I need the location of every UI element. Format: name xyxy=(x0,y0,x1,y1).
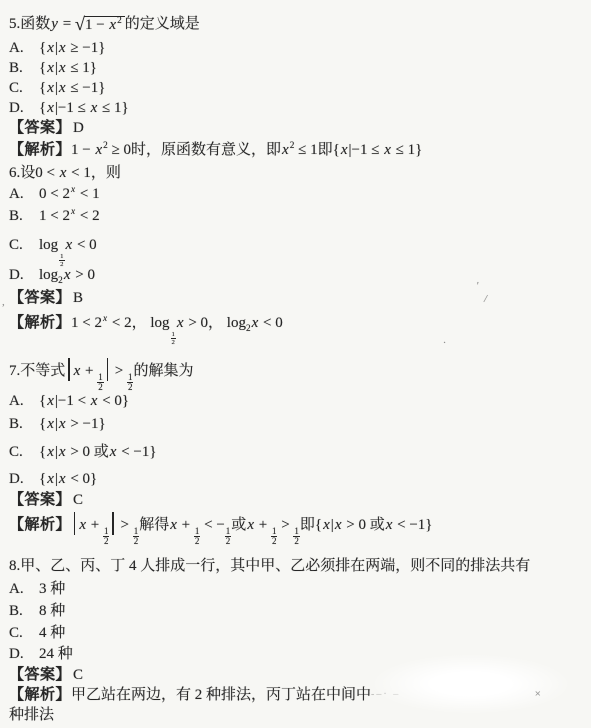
answer-label: 【答案】 xyxy=(9,667,71,683)
scan-artifact-mark: ' xyxy=(476,280,478,292)
q7-option-d: D.{x|x < 0} xyxy=(9,468,585,490)
q6-option-c: C.log12x < 0 xyxy=(9,227,585,263)
option-text: 3 种 xyxy=(39,581,65,597)
analysis-label: 【解析】 xyxy=(9,142,71,158)
q8-option-a: A.3 种 xyxy=(9,578,585,600)
q6-answer-line: 【答案】B xyxy=(9,288,585,308)
option-label: B. xyxy=(9,600,39,622)
analysis-text: 甲乙站在两边，有 2 种排法，丙丁站在中间中 xyxy=(71,687,371,703)
option-text: {x|x ≥ −1} xyxy=(39,40,105,56)
q7-option-b: B.{x|x > −1} xyxy=(9,412,585,437)
option-text: 8 种 xyxy=(39,603,65,619)
option-label: C. xyxy=(9,78,39,98)
analysis-text-continued: 种排法 xyxy=(9,707,54,723)
q6-option-b: B.1 < 2x < 2 xyxy=(9,205,585,227)
option-label: A. xyxy=(9,578,39,600)
answer-label: 【答案】 xyxy=(9,492,71,508)
option-label: A. xyxy=(9,183,39,205)
option-label: D. xyxy=(9,263,39,288)
q5-answer-line: 【答案】D xyxy=(9,118,585,138)
q6-option-a: A.0 < 2x < 1 xyxy=(9,183,585,205)
option-label: B. xyxy=(9,205,39,227)
scan-artifact-mark: · xyxy=(443,337,446,349)
option-text: log12x < 0 xyxy=(39,237,97,253)
answer-value: D xyxy=(71,120,84,136)
q8-option-d: D.24 种 xyxy=(9,644,585,665)
scan-artifact-mark: / xyxy=(484,293,487,305)
option-label: D. xyxy=(9,644,39,665)
option-text: {x|x ≤ −1} xyxy=(39,80,105,96)
option-label: B. xyxy=(9,412,39,437)
q5-option-b: B.{x|x ≤ 1} xyxy=(9,58,585,78)
option-label: A. xyxy=(9,38,39,58)
analysis-label: 【解析】 xyxy=(9,687,71,703)
document-page: 5.函数y = √1 − x2的定义域是 A.{x|x ≥ −1} B.{x|x… xyxy=(0,0,591,728)
answer-label: 【答案】 xyxy=(9,120,71,136)
q5-option-a: A.{x|x ≥ −1} xyxy=(9,38,585,58)
q5-analysis-line: 【解析】1 − x2 ≥ 0时，原函数有意义，即x2 ≤ 1即{x|−1 ≤ x… xyxy=(9,138,585,163)
answer-value: B xyxy=(71,290,83,306)
option-label: C. xyxy=(9,227,39,263)
answer-value: C xyxy=(71,492,83,508)
option-label: C. xyxy=(9,437,39,468)
scan-artifact-mark: × xyxy=(534,688,541,700)
option-text: {x|−1 ≤ x ≤ 1} xyxy=(39,100,129,116)
option-text: {x|−1 < x < 0} xyxy=(39,393,129,409)
analysis-text: 1 − x2 ≥ 0时，原函数有意义，即x2 ≤ 1即{x|−1 ≤ x ≤ 1… xyxy=(71,142,422,158)
option-text: {x|x ≤ 1} xyxy=(39,60,97,76)
q8-option-c: C.4 种 xyxy=(9,622,585,644)
option-text: 4 种 xyxy=(39,625,65,641)
option-text: 24 种 xyxy=(39,646,73,662)
q5-stem: 5.函数y = √1 − x2的定义域是 xyxy=(9,10,585,38)
q7-analysis-line: 【解析】x + 12 > 12解得x + 12 < −12或x + 12 > 1… xyxy=(9,510,585,540)
option-label: A. xyxy=(9,390,39,412)
q8-analysis-line: 【解析】甲乙站在两边，有 2 种排法，丙丁站在中间中-–· – xyxy=(9,685,585,705)
option-text: {x|x > −1} xyxy=(39,416,106,432)
analysis-label: 【解析】 xyxy=(9,315,71,331)
q5-option-c: C.{x|x ≤ −1} xyxy=(9,78,585,98)
answer-label: 【答案】 xyxy=(9,290,71,306)
q5-option-d: D.{x|−1 ≤ x ≤ 1} xyxy=(9,98,585,118)
option-label: D. xyxy=(9,468,39,490)
option-label: B. xyxy=(9,58,39,78)
faded-erased-marks: -–· – xyxy=(371,689,400,700)
q8-analysis-line2: 种排法 xyxy=(9,705,585,725)
option-label: C. xyxy=(9,622,39,644)
q7-answer-line: 【答案】C xyxy=(9,490,585,510)
option-text: log2x > 0 xyxy=(39,267,95,283)
analysis-text: 1 < 2x < 2， log12x > 0， log2x < 0 xyxy=(71,315,283,331)
option-text: 1 < 2x < 2 xyxy=(39,208,100,224)
q8-stem: 8.甲、乙、丙、丁 4 人排成一行，其中甲、乙必须排在两端，则不同的排法共有 xyxy=(9,554,585,578)
q7-stem: 7.不等式x + 12 > 12的解集为 xyxy=(9,352,585,390)
q6-stem: 6.设0 < x < 1，则 xyxy=(9,163,585,183)
q8-option-b: B.8 种 xyxy=(9,600,585,622)
option-label: D. xyxy=(9,98,39,118)
analysis-label: 【解析】 xyxy=(9,517,71,533)
answer-value: C xyxy=(71,667,83,683)
option-text: {x|x > 0 或x < −1} xyxy=(39,444,157,460)
option-text: 0 < 2x < 1 xyxy=(39,186,100,202)
analysis-text: x + 12 > 12解得x + 12 < −12或x + 12 > 12即{x… xyxy=(71,517,432,533)
q7-option-a: A.{x|−1 < x < 0} xyxy=(9,390,585,412)
q8-answer-line: 【答案】C xyxy=(9,665,585,685)
scan-artifact-mark: , xyxy=(2,296,5,308)
option-text: {x|x < 0} xyxy=(39,471,97,487)
q6-option-d: D.log2x > 0 xyxy=(9,263,585,288)
q7-option-c: C.{x|x > 0 或x < −1} xyxy=(9,437,585,468)
q6-analysis-line: 【解析】1 < 2x < 2， log12x > 0， log2x < 0 xyxy=(9,308,585,338)
